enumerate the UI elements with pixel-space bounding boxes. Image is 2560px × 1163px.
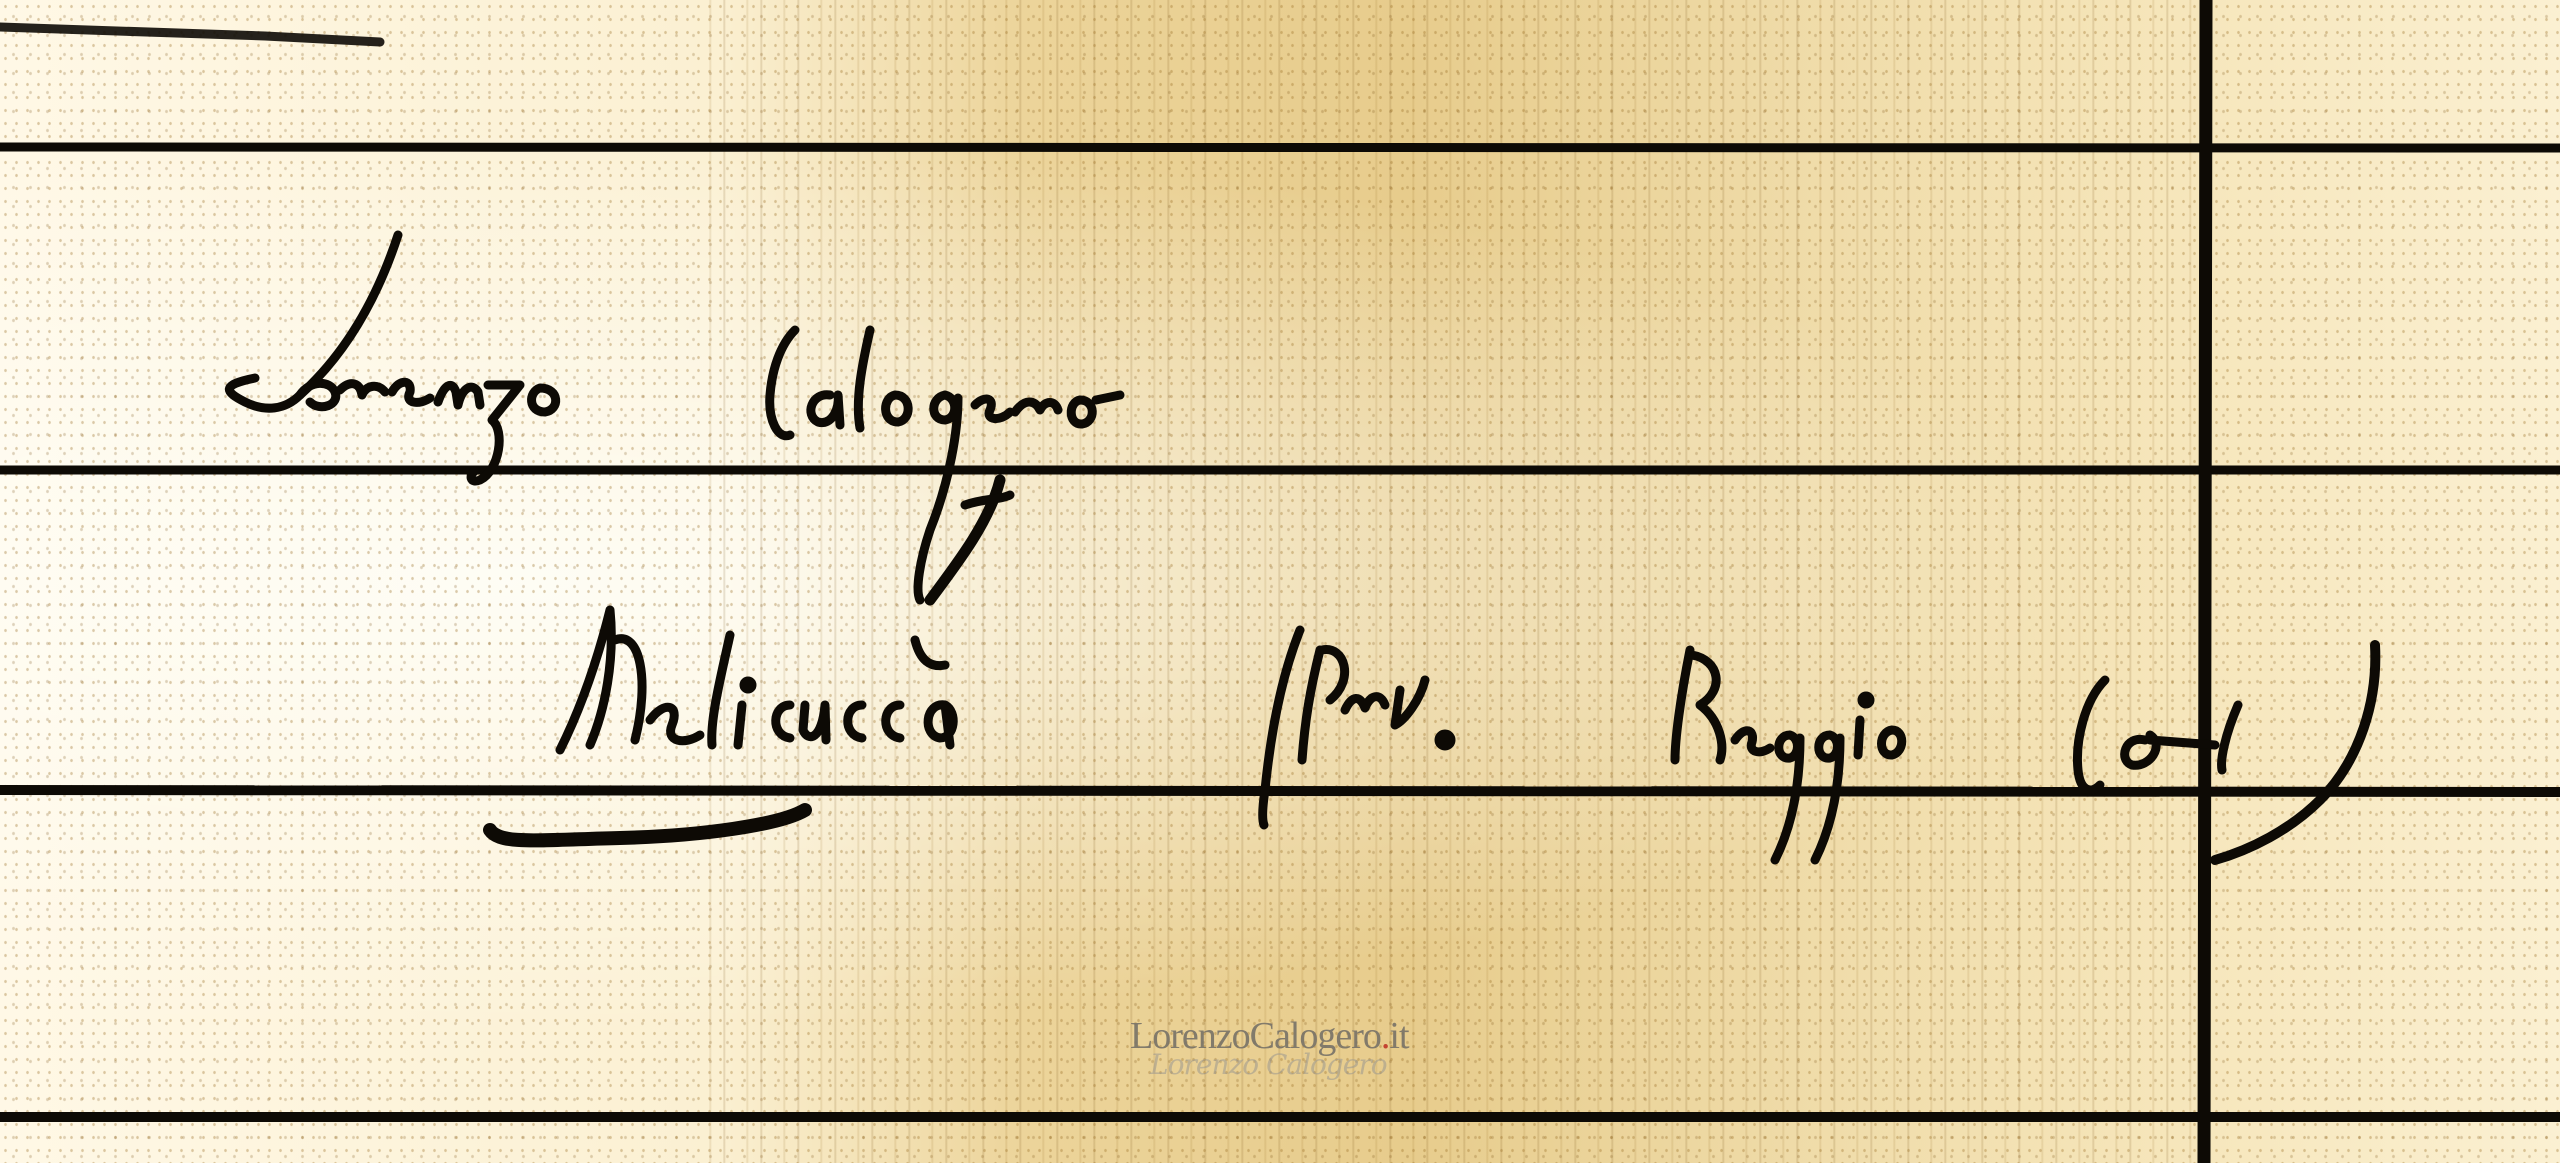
ruled-line-top-partial xyxy=(0,27,380,42)
handwriting-name xyxy=(229,235,1120,600)
ruled-line-1 xyxy=(0,147,2560,148)
watermark-signature: Lorenzo Calogero xyxy=(1150,1048,1387,1081)
ruled-line-3 xyxy=(0,790,2560,792)
website-watermark: LorenzoCalogero.it Lorenzo Calogero xyxy=(1130,1014,1409,1058)
handwriting-place xyxy=(490,610,2375,860)
column-rule-vertical xyxy=(2204,0,2206,1163)
register-ruling-and-handwriting xyxy=(0,0,2560,1163)
watermark-tld: it xyxy=(1389,1015,1408,1057)
